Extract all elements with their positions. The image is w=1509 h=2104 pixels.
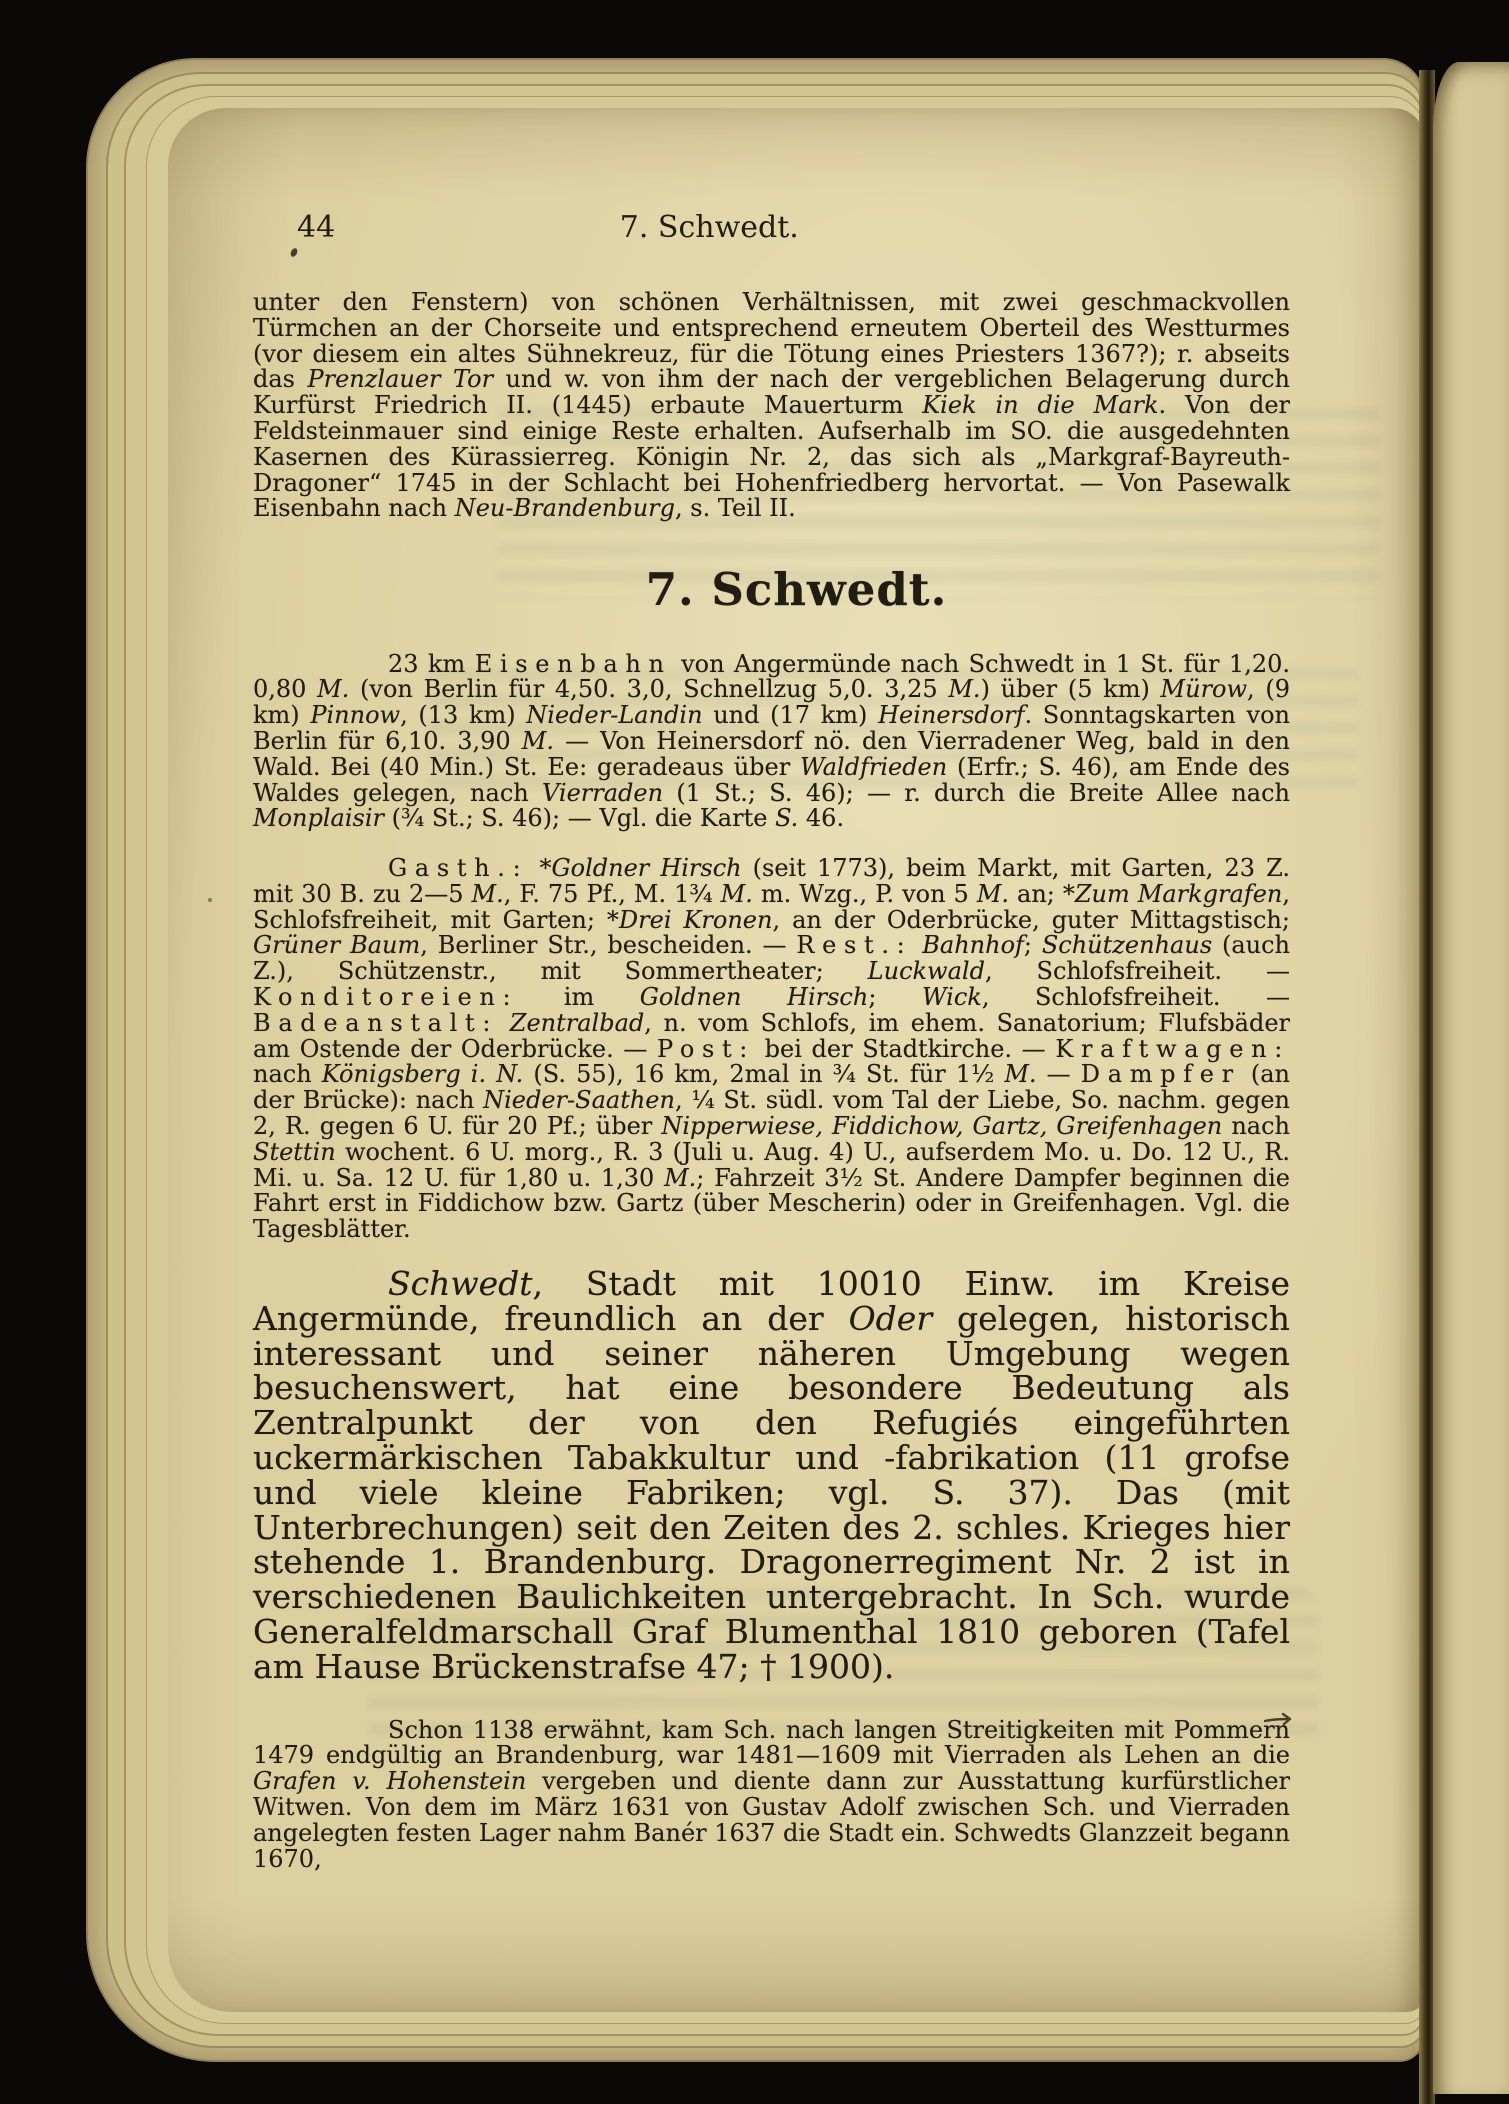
- adjacent-page-edge: [1433, 62, 1509, 2094]
- running-head: 44 7. Schwedt.: [253, 210, 1290, 250]
- intro-paragraph: unter den Fenstern) von schönen Verhältn…: [253, 290, 1290, 522]
- book-page: 44 7. Schwedt. unter den Fenstern) von s…: [168, 108, 1425, 2012]
- hotels-info-paragraph: Gasth.: *Goldner Hirsch (seit 1773), bei…: [253, 856, 1290, 1243]
- railway-info-paragraph: 23 km Eisenbahn von Angermünde nach Schw…: [253, 652, 1290, 833]
- section-heading: 7. Schwedt.: [278, 566, 1315, 614]
- scanned-book-photo: 44 7. Schwedt. unter den Fenstern) von s…: [0, 0, 1509, 2104]
- history-paragraph: Schon 1138 erwähnt, kam Sch. nach langen…: [253, 1718, 1290, 1873]
- handwritten-arrow-mark: [1264, 1710, 1296, 1728]
- page-number: 44: [297, 210, 335, 245]
- ink-speck: [208, 898, 212, 902]
- city-description-paragraph: Schwedt, Stadt mit 10010 Einw. im Kreise…: [253, 1267, 1290, 1685]
- text-block: 44 7. Schwedt. unter den Fenstern) von s…: [253, 210, 1290, 1896]
- running-title: 7. Schwedt.: [620, 210, 799, 245]
